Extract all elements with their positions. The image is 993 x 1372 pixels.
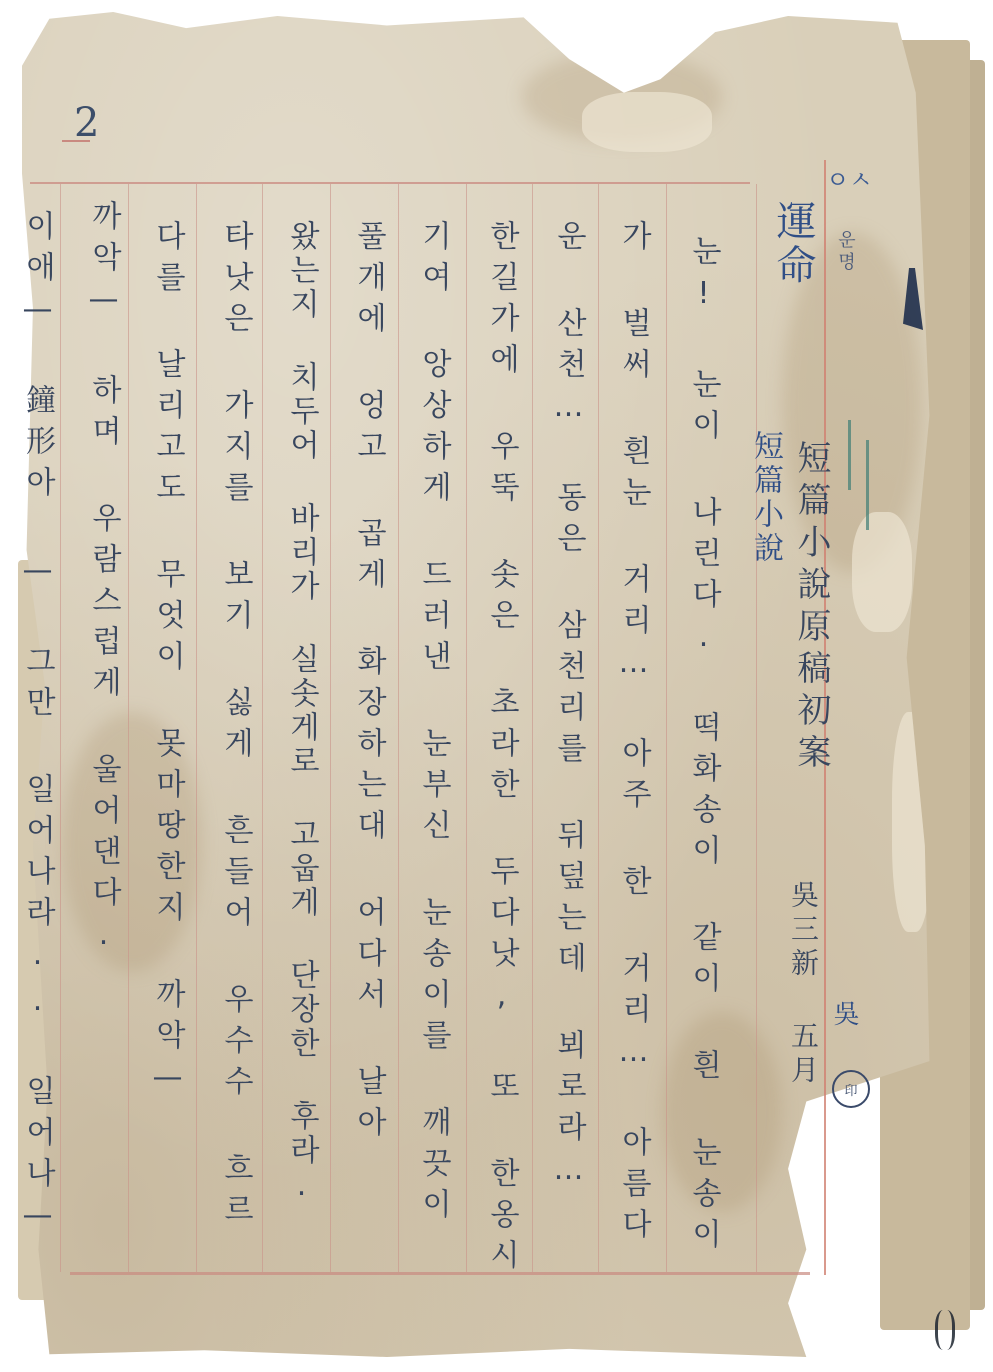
corner-mark: ㅇㅅ (826, 160, 872, 195)
text-column-1: 눈! 눈이 나린다. 떡화송이 같이 흰 눈송이 (680, 235, 726, 1259)
column-rule (398, 184, 399, 1272)
text-column-6: 풀개에 엉고 곱게 화장하는대 어다서 날아 (345, 220, 391, 1147)
column-rule (128, 184, 129, 1272)
story-title: 運命 (770, 200, 816, 288)
page-number-underline (62, 140, 90, 142)
text-column-2: 가 벌써 흰눈 거리… 아주 한 거리… 아름다 (610, 220, 656, 1249)
paper-tear (582, 92, 712, 152)
manuscript-scan: 2 ㅇㅅ 運命 운명 短篇小說原稿初案 短篇小說 吳三新 五月 吳 印 눈! 눈… (0, 0, 993, 1372)
text-column-4: 한길가에 우뚝 솟은 초라한 두다낫, 또 한옹시 (478, 220, 524, 1280)
paper-tear (852, 512, 912, 632)
seal-text: 印 (844, 1080, 857, 1099)
text-column-3: 운 산천… 동은 삼천리를 뒤덮는데 뵈로라… (545, 220, 591, 1198)
column-rule (532, 184, 533, 1272)
green-pencil-mark (848, 420, 851, 490)
text-column-7: 왔는지 치두어 바리가 실솟게로 고웁게 단장한 후라. (278, 220, 324, 1207)
binding-thread (935, 1310, 955, 1350)
text-column-8: 타낫은 가지를 보기 싫게 흔들어 우수수 흐르 (212, 220, 258, 1234)
column-rule (756, 184, 757, 1272)
column-rule (330, 184, 331, 1272)
story-title-gloss: 운명 (822, 230, 868, 274)
signature: 吳 (826, 1000, 863, 1026)
column-rule (196, 184, 197, 1272)
frame-bottom-rule (70, 1272, 810, 1275)
column-rule (466, 184, 467, 1272)
subtitle: 短篇小說原稿初案 (788, 440, 834, 776)
seal-stamp: 印 (832, 1070, 870, 1108)
text-column-5: 기여 앙상하게 드러낸 눈부신 눈송이를 깨끗이 (410, 220, 456, 1229)
text-column-11: 이애— 鐘形아 — 그만 일어나라.. 일어나— (14, 210, 60, 1244)
text-column-9: 다를 날리고도 무엇이 못마땅한지 까악— (144, 220, 190, 1106)
column-rule (60, 184, 61, 1272)
green-pencil-mark (866, 440, 869, 530)
author-line: 吳三新 五月 (780, 880, 826, 1089)
column-rule (598, 184, 599, 1272)
column-rule (666, 184, 667, 1272)
text-column-10: 까악— 하며 우람스럽게 울어댄다. (80, 200, 126, 963)
frame-top-rule (30, 182, 750, 184)
subtitle-alt: 短篇小說 (742, 430, 788, 566)
column-rule (262, 184, 263, 1272)
